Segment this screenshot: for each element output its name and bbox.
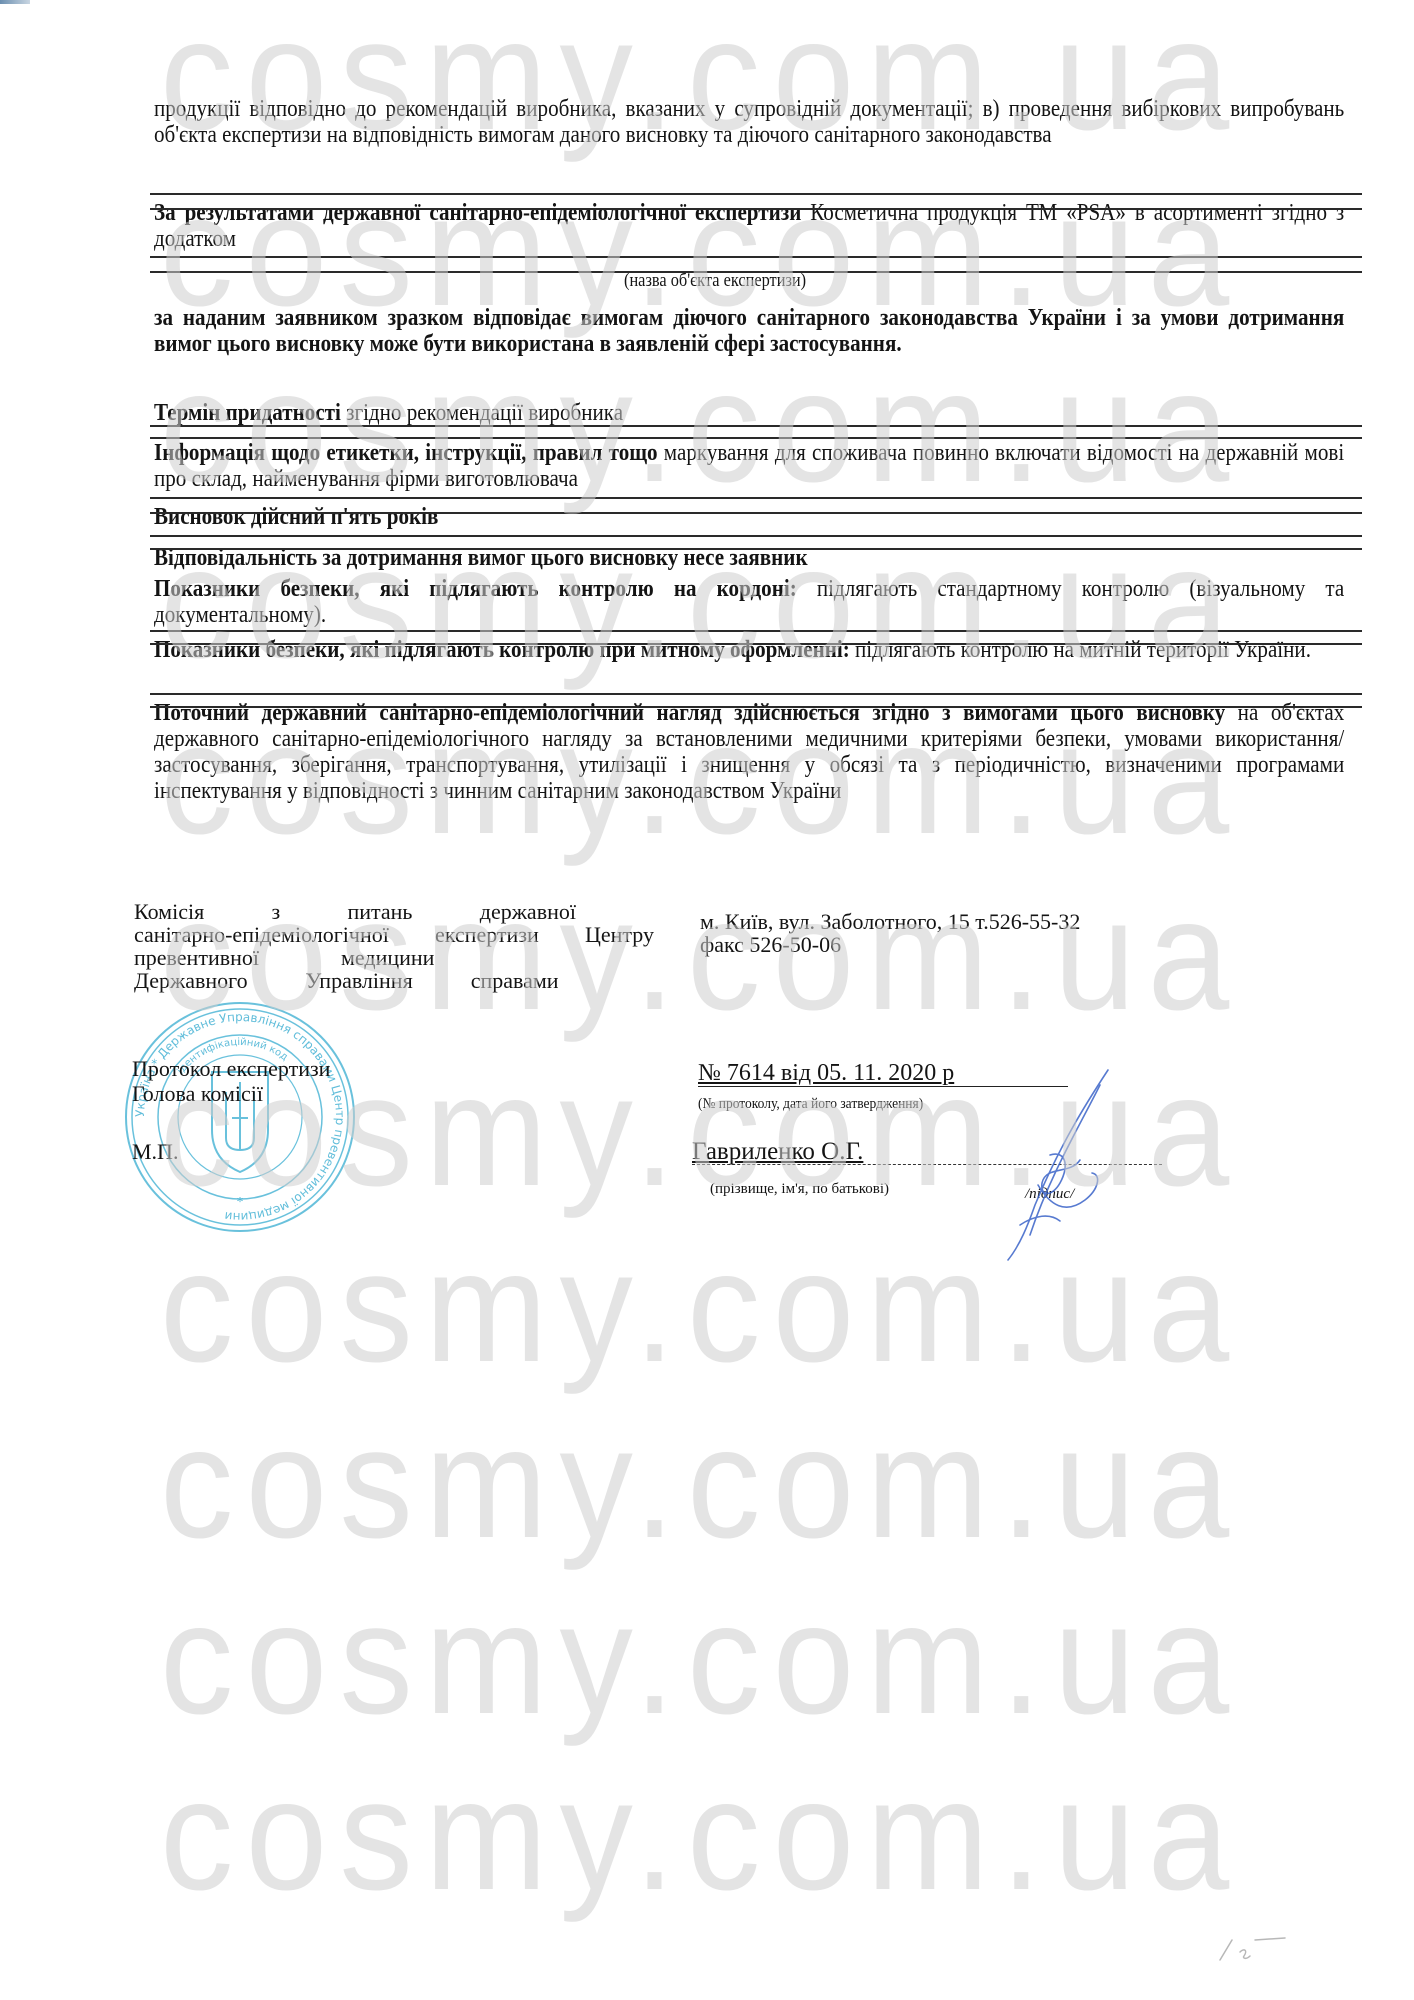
validity-line: Висновок дійсний п'ять років — [154, 504, 1344, 530]
commission-word: санітарно-епідеміологічної — [134, 923, 389, 946]
customs-control-paragraph: Показники безпеки, які підлягають контро… — [154, 637, 1344, 663]
chair-name-caption: (прізвище, ім'я, по батькові) — [710, 1178, 889, 1201]
supervision-paragraph: Поточний державний санітарно-епідеміолог… — [154, 700, 1344, 804]
fax-line: факс 526-50-06 — [700, 933, 1080, 956]
divider — [150, 256, 1362, 258]
divider — [150, 548, 1362, 550]
label-info-paragraph: Інформація щодо етикетки, інструкції, пр… — [154, 440, 1344, 492]
commission-line-2: санітарно-епідеміологічноїекспертизиЦент… — [134, 923, 654, 946]
divider — [150, 512, 1362, 514]
divider — [150, 425, 1362, 427]
divider — [150, 535, 1362, 537]
address-block: м. Київ, вул. Заболотного, 15 т.526-55-3… — [700, 910, 1080, 956]
handwritten-page-mark-icon — [1210, 1930, 1290, 1970]
commission-word: Управління — [306, 969, 413, 992]
divider — [150, 208, 1362, 210]
watermark-text: cosmy.com.ua — [160, 1580, 1202, 1738]
handwritten-signature-icon — [990, 1065, 1120, 1265]
commission-line-3: превентивноїмедицини — [134, 946, 576, 969]
commission-word: превентивної — [134, 946, 259, 969]
address-line: м. Київ, вул. Заболотного, 15 т.526-55-3… — [700, 910, 1080, 933]
protocol-label: Протокол експертизи — [132, 1057, 330, 1080]
watermark-text: cosmy.com.ua — [160, 1404, 1202, 1562]
commission-block: Комісіязпитаньдержавної санітарно-епідем… — [134, 900, 576, 992]
scan-corner-mark — [0, 0, 30, 4]
commission-word: Центру — [585, 923, 654, 946]
commission-word: експертизи — [435, 923, 539, 946]
compliance-paragraph: за наданим заявником зразком відповідає … — [154, 305, 1344, 357]
divider — [150, 497, 1362, 499]
divider — [150, 643, 1362, 645]
divider — [150, 193, 1362, 195]
commission-word: медицини — [341, 946, 434, 969]
commission-word: Комісія — [134, 900, 204, 923]
protocol-caption: (№ протоколу, дата його затвердження) — [698, 1093, 923, 1116]
chair-label: Голова комісії — [132, 1082, 263, 1105]
divider — [150, 706, 1362, 708]
intro-paragraph: продукції відповідно до рекомендацій вир… — [154, 96, 1344, 148]
commission-word: справами — [471, 969, 559, 992]
divider — [150, 630, 1362, 632]
object-name-caption: (назва об'єкта експертизи) — [624, 270, 806, 292]
commission-word: Державного — [134, 969, 248, 992]
commission-word: питань — [347, 900, 412, 923]
commission-word: державної — [480, 900, 576, 923]
result-label: За результатами державної санітарно-епід… — [154, 199, 801, 226]
divider — [150, 693, 1362, 695]
divider — [150, 437, 1362, 439]
watermark-text: cosmy.com.ua — [160, 1756, 1202, 1914]
seal-label: М.П. — [132, 1140, 178, 1163]
divider — [150, 271, 1362, 273]
border-control-paragraph: Показники безпеки, які підлягають контро… — [154, 576, 1344, 628]
commission-word: з — [271, 900, 280, 923]
svg-text:*: * — [237, 1195, 244, 1210]
shelf-life-line: Термін придатності згідно рекомендації в… — [154, 400, 1344, 426]
official-stamp-icon: Україна * Державне Управління справами Ц… — [120, 1000, 360, 1235]
commission-line-4: ДержавногоУправліннясправами — [134, 969, 576, 992]
commission-line-1: Комісіязпитаньдержавної — [134, 900, 576, 923]
